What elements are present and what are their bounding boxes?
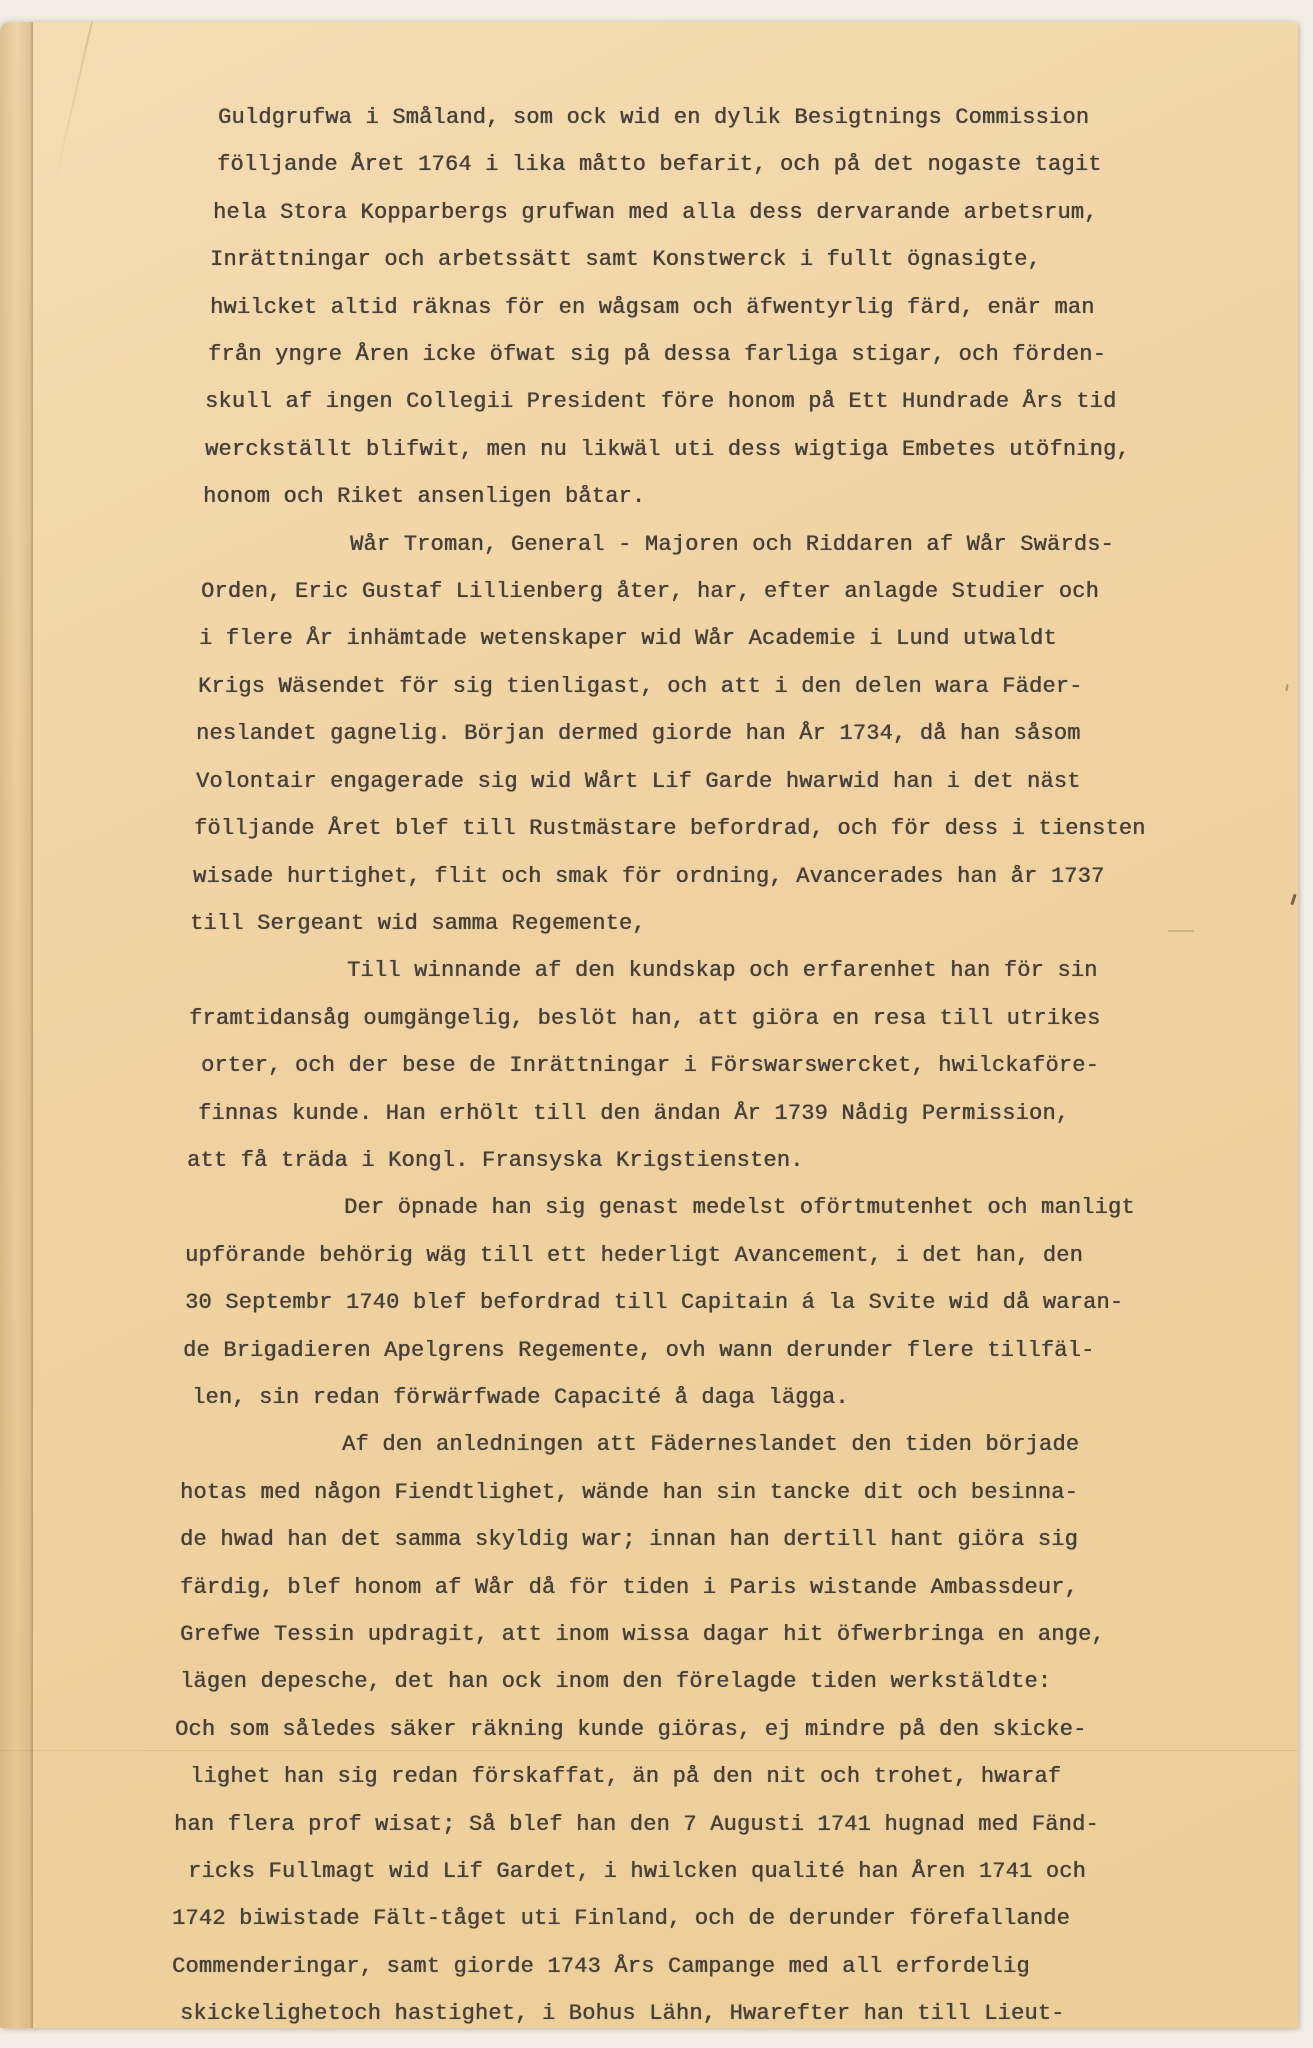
text-line: Commenderingar, samt giorde 1743 Års Cam… [0, 1943, 1298, 1990]
paper-sheet: Guldgrufwa i Småland, som ock wid en dyl… [0, 22, 1298, 2028]
text-line: Wår Troman, General - Majoren och Riddar… [0, 521, 1298, 568]
text-line: hwilcket altid räknas för en wågsam och … [0, 284, 1298, 331]
text-line: de hwad han det samma skyldig war; innan… [0, 1516, 1298, 1563]
text-line: werckställt blifwit, men nu likwäl uti d… [0, 426, 1298, 473]
text-line: orter, och der bese de Inrättningar i Fö… [0, 1042, 1298, 1089]
text-line: framtidansåg oumgängelig, beslöt han, at… [0, 995, 1298, 1042]
text-line: fölljande Året blef till Rustmästare bef… [0, 805, 1298, 852]
text-line: från yngre Åren icke öfwat sig på dessa … [0, 331, 1298, 378]
text-line: färdig, blef honom af Wår då för tiden i… [0, 1564, 1298, 1611]
text-line: fölljande Året 1764 i lika måtto befarit… [0, 141, 1298, 188]
text-line: att få träda i Kongl. Fransyska Krigstie… [0, 1137, 1298, 1184]
text-line: skull af ingen Collegii President före h… [0, 378, 1298, 425]
text-line: hela Stora Kopparbergs grufwan med alla … [0, 189, 1298, 236]
text-line: lighet han sig redan förskaffat, än på d… [0, 1753, 1298, 1800]
text-line: ricks Fullmagt wid Lif Gardet, i hwilcke… [0, 1848, 1298, 1895]
text-line: hotas med någon Fiendtlighet, wände han … [0, 1469, 1298, 1516]
text-line: Grefwe Tessin updragit, att inom wissa d… [0, 1611, 1298, 1658]
text-line: Inrättningar och arbetssätt samt Konstwe… [0, 236, 1298, 283]
text-line: len, sin redan förwärfwade Capacité å da… [0, 1374, 1298, 1421]
text-line: upförande behörig wäg till ett hederligt… [0, 1232, 1298, 1279]
text-line: till Sergeant wid samma Regemente, [0, 900, 1298, 947]
text-line: han flera prof wisat; Så blef han den 7 … [0, 1801, 1298, 1848]
text-line: honom och Riket ansenligen båtar. [0, 473, 1298, 520]
text-line: lägen depesche, det han ock inom den för… [0, 1658, 1298, 1705]
text-line: de Brigadieren Apelgrens Regemente, ovh … [0, 1327, 1298, 1374]
text-line: Volontair engagerade sig wid Wårt Lif Ga… [0, 758, 1298, 805]
text-line: Orden, Eric Gustaf Lillienberg åter, har… [0, 568, 1298, 615]
text-line: 1742 biwistade Fält-tåget uti Finland, o… [0, 1895, 1298, 1942]
text-line: skickelighetoch hastighet, i Bohus Lähn,… [0, 1990, 1298, 2028]
text-line: finnas kunde. Han erhölt till den ändan … [0, 1090, 1298, 1137]
ink-smudge [1168, 930, 1194, 932]
text-line: Och som således säker räkning kunde giör… [0, 1706, 1298, 1753]
text-line: Af den anledningen att Fäderneslandet de… [0, 1421, 1298, 1468]
text-line: i flere År inhämtade wetenskaper wid Wår… [0, 615, 1298, 662]
text-line: neslandet gagnelig. Början dermed giorde… [0, 710, 1298, 757]
document-text: Guldgrufwa i Småland, som ock wid en dyl… [0, 94, 1298, 2028]
text-line: Krigs Wäsendet för sig tienligast, och a… [0, 663, 1298, 710]
text-line: Till winnande af den kundskap och erfare… [0, 947, 1298, 994]
text-line: Der öpnade han sig genast medelst oförtm… [0, 1184, 1298, 1231]
text-line: 30 Septembr 1740 blef befordrad till Cap… [0, 1279, 1298, 1326]
text-line: wisade hurtighet, flit och smak för ordn… [0, 853, 1298, 900]
text-line: Guldgrufwa i Småland, som ock wid en dyl… [0, 94, 1298, 141]
